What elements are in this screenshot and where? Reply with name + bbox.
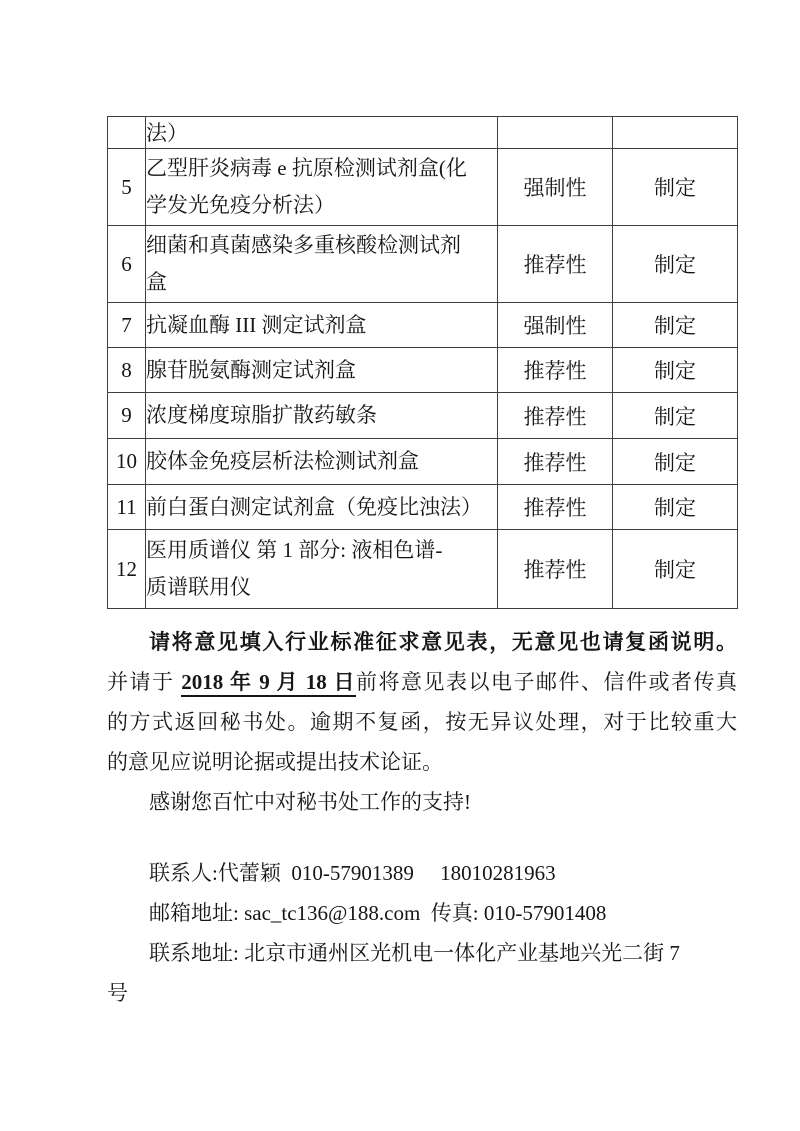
- standard-action-cell: 制定: [613, 485, 738, 530]
- standard-name-cell: 前白蛋白测定试剂盒（免疫比浊法）: [146, 485, 498, 530]
- row-index-cell: 5: [108, 149, 146, 226]
- row-index-cell: 11: [108, 485, 146, 530]
- standard-action-cell: 制定: [613, 303, 738, 348]
- row-index-cell: 9: [108, 393, 146, 439]
- standard-name-cell: 医用质谱仪 第 1 部分: 液相色谱- 质谱联用仪: [146, 530, 498, 609]
- standard-name-cell: 胶体金免疫层析法检测试剂盒: [146, 439, 498, 485]
- table-row: 11 前白蛋白测定试剂盒（免疫比浊法） 推荐性 制定: [108, 485, 738, 530]
- standard-type-cell: [498, 117, 613, 149]
- standard-type-cell: 推荐性: [498, 226, 613, 303]
- contact-block: 联系人:代蕾颖 010-57901389 18010281963 邮箱地址: s…: [107, 853, 737, 1013]
- standard-type-cell: 强制性: [498, 149, 613, 226]
- table-row: 9 浓度梯度琼脂扩散药敏条 推荐性 制定: [108, 393, 738, 439]
- row-index-cell: 8: [108, 348, 146, 393]
- row-index-cell: [108, 117, 146, 149]
- standard-name-cell: 腺苷脱氨酶测定试剂盒: [146, 348, 498, 393]
- standard-action-cell: 制定: [613, 226, 738, 303]
- thanks-line: 感谢您百忙中对秘书处工作的支持!: [107, 782, 737, 822]
- table-row: 法）: [108, 117, 738, 149]
- standard-type-cell: 推荐性: [498, 439, 613, 485]
- standard-action-cell: 制定: [613, 530, 738, 609]
- notice-line2-pre: 并请于: [107, 670, 181, 694]
- table-row: 5 乙型肝炎病毒 e 抗原检测试剂盒(化 学发光免疫分析法） 强制性 制定: [108, 149, 738, 226]
- standard-name-cell: 法）: [146, 117, 498, 149]
- row-index-cell: 12: [108, 530, 146, 609]
- standard-name-cell: 乙型肝炎病毒 e 抗原检测试剂盒(化 学发光免疫分析法）: [146, 149, 498, 226]
- contact-email-line: 邮箱地址: sac_tc136@188.com 传真: 010-57901408: [107, 893, 737, 933]
- table-row: 10 胶体金免疫层析法检测试剂盒 推荐性 制定: [108, 439, 738, 485]
- notice-line-4: 的意见应说明论据或提出技术论证。: [107, 742, 737, 782]
- table-row: 7 抗凝血酶 III 测定试剂盒 强制性 制定: [108, 303, 738, 348]
- standard-name-cell: 浓度梯度琼脂扩散药敏条: [146, 393, 498, 439]
- standard-type-cell: 强制性: [498, 303, 613, 348]
- standard-type-cell: 推荐性: [498, 485, 613, 530]
- standard-type-cell: 推荐性: [498, 348, 613, 393]
- notice-line2-post: 前将意见表以电子邮件、信件或者传真: [356, 670, 737, 694]
- notice-paragraph: 请将意见填入行业标准征求意见表，无意见也请复函说明。 并请于 2018 年 9 …: [107, 622, 737, 822]
- standard-action-cell: 制定: [613, 439, 738, 485]
- notice-line-1: 请将意见填入行业标准征求意见表，无意见也请复函说明。: [107, 622, 737, 662]
- standard-action-cell: 制定: [613, 393, 738, 439]
- standard-action-cell: [613, 117, 738, 149]
- row-index-cell: 10: [108, 439, 146, 485]
- row-index-cell: 7: [108, 303, 146, 348]
- table-row: 8 腺苷脱氨酶测定试剂盒 推荐性 制定: [108, 348, 738, 393]
- contact-person-line: 联系人:代蕾颖 010-57901389 18010281963: [107, 853, 737, 893]
- deadline-date: 2018 年 9 月 18 日: [181, 670, 356, 697]
- row-index-cell: 6: [108, 226, 146, 303]
- standard-name-cell: 细菌和真菌感染多重核酸检测试剂 盒: [146, 226, 498, 303]
- table-row: 12 医用质谱仪 第 1 部分: 液相色谱- 质谱联用仪 推荐性 制定: [108, 530, 738, 609]
- standard-action-cell: 制定: [613, 149, 738, 226]
- document-page: 法） 5 乙型肝炎病毒 e 抗原检测试剂盒(化 学发光免疫分析法） 强制性 制定…: [0, 0, 800, 1131]
- contact-address-line2: 号: [107, 973, 737, 1013]
- table-row: 6 细菌和真菌感染多重核酸检测试剂 盒 推荐性 制定: [108, 226, 738, 303]
- standards-table: 法） 5 乙型肝炎病毒 e 抗原检测试剂盒(化 学发光免疫分析法） 强制性 制定…: [107, 116, 738, 609]
- standard-type-cell: 推荐性: [498, 530, 613, 609]
- notice-line-2: 并请于 2018 年 9 月 18 日前将意见表以电子邮件、信件或者传真: [107, 662, 737, 702]
- notice-line-3: 的方式返回秘书处。逾期不复函，按无异议处理，对于比较重大: [107, 702, 737, 742]
- document-body: 法） 5 乙型肝炎病毒 e 抗原检测试剂盒(化 学发光免疫分析法） 强制性 制定…: [107, 116, 737, 1013]
- standard-name-cell: 抗凝血酶 III 测定试剂盒: [146, 303, 498, 348]
- standard-action-cell: 制定: [613, 348, 738, 393]
- standard-type-cell: 推荐性: [498, 393, 613, 439]
- contact-address-line1: 联系地址: 北京市通州区光机电一体化产业基地兴光二街 7: [107, 933, 737, 973]
